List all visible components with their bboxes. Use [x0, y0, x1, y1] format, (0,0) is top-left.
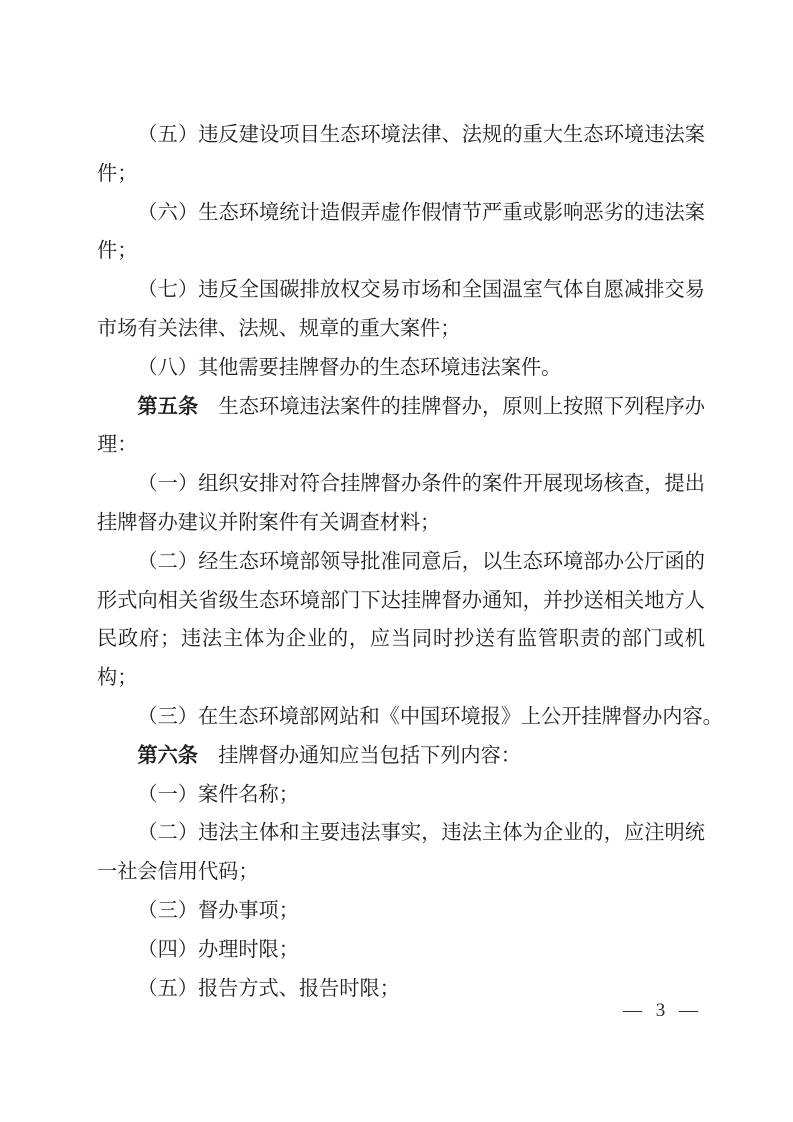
article-number: 第六条: [137, 745, 198, 767]
text-segment: （一）组织安排对符合挂牌督办条件的案件开展现场核查，提出挂牌督办建议并附案件有关…: [97, 473, 705, 534]
document-body: （五）违反建设项目生态环境法律、法规的重大生态环境违法案件；（六）生态环境统计造…: [97, 116, 705, 1008]
paragraph: （二）违法主体和主要违法事实，违法主体为企业的，应注明统一社会信用代码；: [97, 814, 705, 892]
paragraph: （六）生态环境统计造假弄虚作假情节严重或影响恶劣的违法案件；: [97, 194, 705, 272]
paragraph: （三）在生态环境部网站和《中国环境报》上公开挂牌督办内容。: [97, 698, 731, 737]
paragraph: （四）办理时限；: [97, 931, 705, 970]
page-number: — 3 —: [623, 999, 699, 1023]
text-segment: （六）生态环境统计造假弄虚作假情节严重或影响恶劣的违法案件；: [97, 202, 705, 263]
paragraph: 第六条 挂牌督办通知应当包括下列内容：: [97, 737, 705, 776]
text-segment: （三）在生态环境部网站和《中国环境报》上公开挂牌督办内容。: [137, 706, 722, 728]
paragraph: 第五条 生态环境违法案件的挂牌督办，原则上按照下列程序办理：: [97, 388, 705, 466]
text-segment: （三）督办事项；: [137, 900, 299, 922]
paragraph: （五）违反建设项目生态环境法律、法规的重大生态环境违法案件；: [97, 116, 705, 194]
paragraph: （八）其他需要挂牌督办的生态环境违法案件。: [97, 349, 705, 388]
text-segment: （一）案件名称；: [137, 784, 299, 806]
paragraph: （一）组织安排对符合挂牌督办条件的案件开展现场核查，提出挂牌督办建议并附案件有关…: [97, 465, 705, 543]
paragraph: （五）报告方式、报告时限；: [97, 970, 705, 1009]
paragraph: （三）督办事项；: [97, 892, 705, 931]
article-number: 第五条: [137, 396, 198, 418]
paragraph: （七）违反全国碳排放权交易市场和全国温室气体自愿减排交易市场有关法律、法规、规章…: [97, 271, 705, 349]
document-page: （五）违反建设项目生态环境法律、法规的重大生态环境违法案件；（六）生态环境统计造…: [0, 0, 793, 1122]
paragraph: （二）经生态环境部领导批准同意后，以生态环境部办公厅函的形式向相关省级生态环境部…: [97, 543, 705, 698]
text-segment: （五）违反建设项目生态环境法律、法规的重大生态环境违法案件；: [97, 124, 705, 185]
text-segment: （四）办理时限；: [137, 939, 299, 961]
text-segment: （七）违反全国碳排放权交易市场和全国温室气体自愿减排交易市场有关法律、法规、规章…: [97, 279, 705, 340]
text-segment: （八）其他需要挂牌督办的生态环境违法案件。: [137, 357, 561, 379]
text-segment: （二）违法主体和主要违法事实，违法主体为企业的，应注明统一社会信用代码；: [97, 822, 705, 883]
text-segment: （二）经生态环境部领导批准同意后，以生态环境部办公厅函的形式向相关省级生态环境部…: [97, 551, 705, 689]
text-segment: 挂牌督办通知应当包括下列内容：: [198, 745, 521, 767]
text-segment: （五）报告方式、报告时限；: [137, 978, 399, 1000]
paragraph: （一）案件名称；: [97, 776, 705, 815]
